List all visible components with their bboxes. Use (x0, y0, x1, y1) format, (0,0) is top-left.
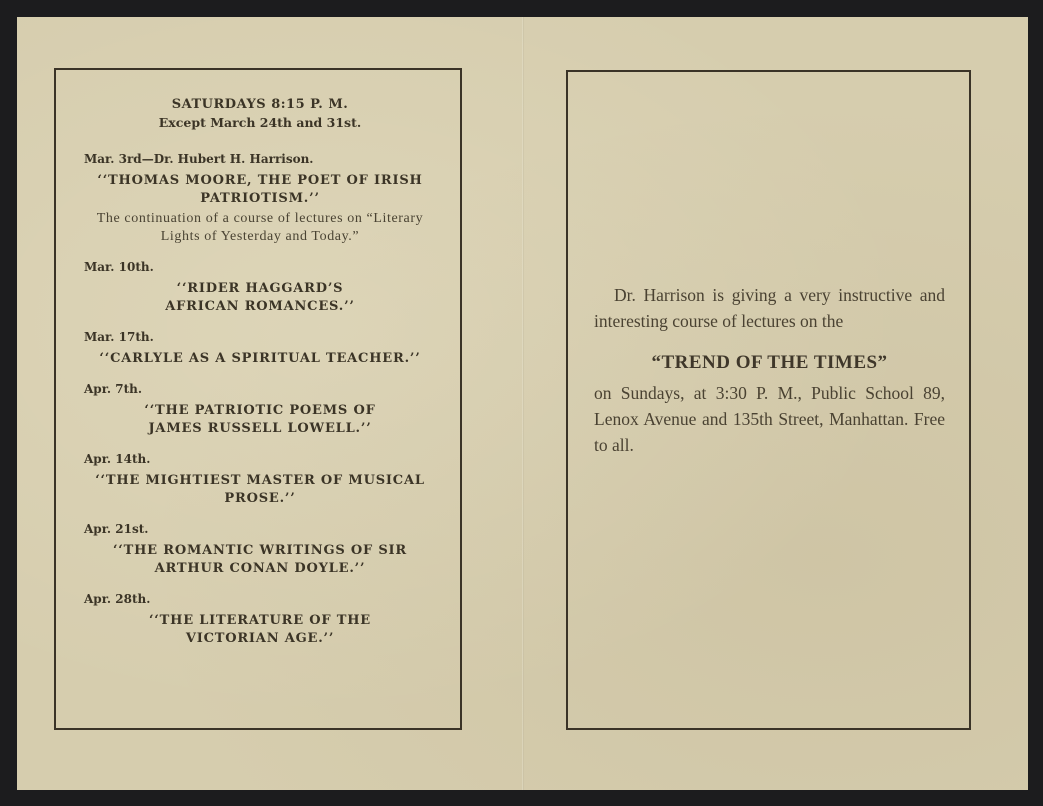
lecture-title: ‘‘THE LITERATURE OF THE VICTORIAN AGE.’’ (84, 612, 436, 648)
course-announcement-panel: Dr. Harrison is giving a very instructiv… (566, 70, 971, 730)
lecture-date: Mar. 3rd—Dr. Hubert H. Harrison. (84, 150, 436, 168)
lecture-entry: Apr. 21st. ‘‘THE ROMANTIC WRITINGS OF SI… (84, 520, 436, 578)
course-title: “TREND OF THE TIMES” (594, 350, 945, 376)
schedule-exception-note: Except March 24th and 31st. (84, 114, 436, 132)
lecture-schedule-content: SATURDAYS 8:15 P. M. Except March 24th a… (84, 96, 436, 660)
lecture-title: ‘‘THE MIGHTIEST MASTER OF MUSICAL PROSE.… (84, 472, 436, 508)
lecture-date: Mar. 17th. (84, 328, 436, 346)
lecture-entry: Apr. 28th. ‘‘THE LITERATURE OF THE VICTO… (84, 590, 436, 648)
lecture-title: ‘‘RIDER HAGGARD’S AFRICAN ROMANCES.’’ (84, 280, 436, 316)
program-card: SATURDAYS 8:15 P. M. Except March 24th a… (17, 17, 1028, 790)
lecture-title: ‘‘THOMAS MOORE, THE POET OF IRISH PATRIO… (84, 172, 436, 208)
announcement-details: on Sundays, at 3:30 P. M., Public School… (594, 380, 945, 458)
lecture-title: ‘‘THE ROMANTIC WRITINGS OF SIR ARTHUR CO… (84, 542, 436, 578)
lecture-note: The continuation of a course of lectures… (84, 210, 436, 246)
lecture-date: Mar. 10th. (84, 258, 436, 276)
lecture-entry: Mar. 3rd—Dr. Hubert H. Harrison. ‘‘THOMA… (84, 150, 436, 246)
lecture-entry: Apr. 14th. ‘‘THE MIGHTIEST MASTER OF MUS… (84, 450, 436, 508)
lecture-entry: Mar. 10th. ‘‘RIDER HAGGARD’S AFRICAN ROM… (84, 258, 436, 316)
lecture-title: ‘‘CARLYLE AS A SPIRITUAL TEACHER.’’ (84, 350, 436, 368)
center-fold (522, 17, 524, 790)
course-announcement-content: Dr. Harrison is giving a very instructiv… (594, 282, 945, 458)
announcement-intro: Dr. Harrison is giving a very instructiv… (594, 282, 945, 334)
lecture-title: ‘‘THE PATRIOTIC POEMS OF JAMES RUSSELL L… (84, 402, 436, 438)
lecture-date: Apr. 28th. (84, 590, 436, 608)
lecture-entry: Apr. 7th. ‘‘THE PATRIOTIC POEMS OF JAMES… (84, 380, 436, 438)
lecture-schedule-panel: SATURDAYS 8:15 P. M. Except March 24th a… (54, 68, 462, 730)
lecture-date: Apr. 21st. (84, 520, 436, 538)
schedule-time-heading: SATURDAYS 8:15 P. M. (84, 96, 436, 114)
lecture-entry: Mar. 17th. ‘‘CARLYLE AS A SPIRITUAL TEAC… (84, 328, 436, 368)
lecture-date: Apr. 14th. (84, 450, 436, 468)
lecture-date: Apr. 7th. (84, 380, 436, 398)
